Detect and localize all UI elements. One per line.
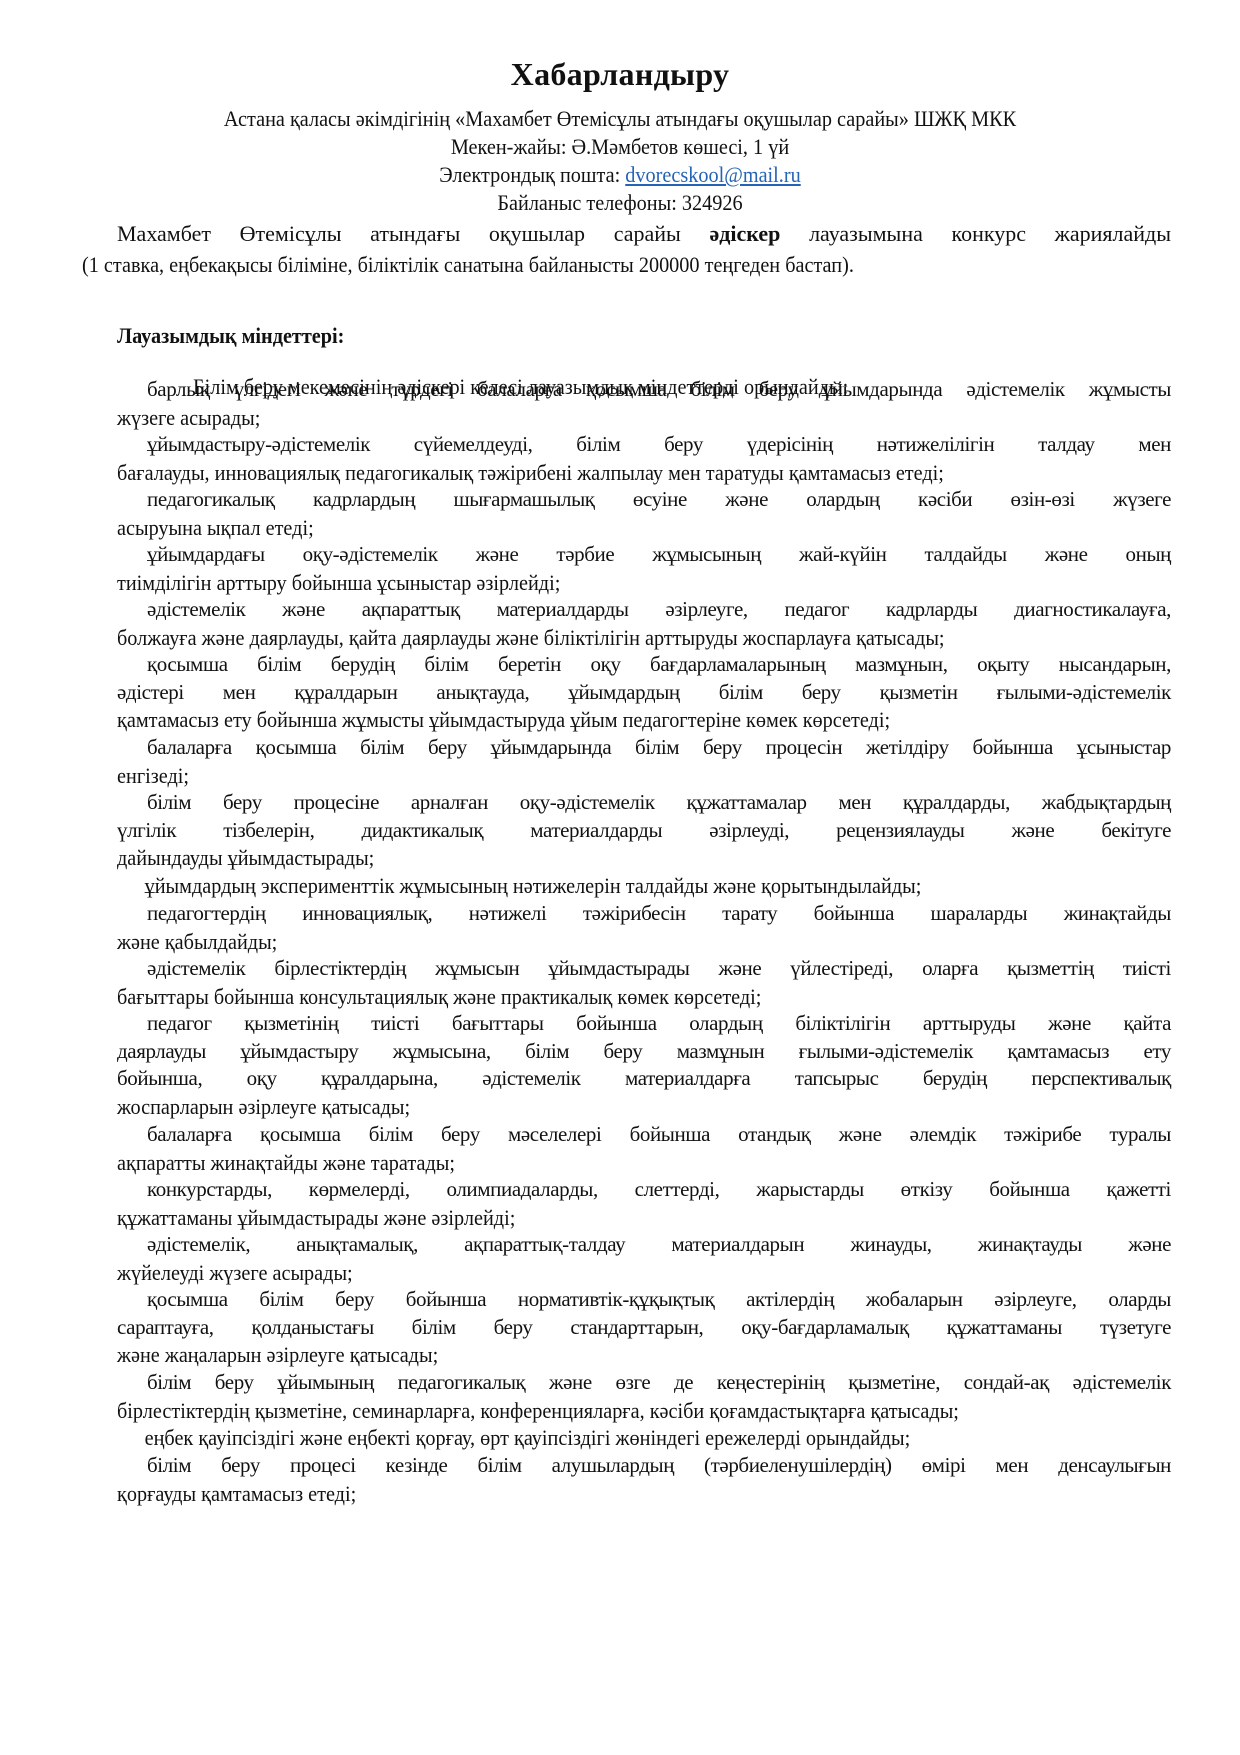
duty-line: енгізеді; bbox=[117, 762, 1087, 790]
duty-line: білім беру процесі кезінде білім алушыла… bbox=[117, 1452, 1171, 1480]
duty-line: үлгілік тізбелерін, дидактикалық материа… bbox=[117, 817, 1171, 845]
position-title: әдіскер bbox=[710, 221, 781, 246]
address-line: Мекен-жайы: Ә.Мәмбетов көшесі, 1 үй bbox=[50, 134, 1191, 160]
duty-line: конкурстарды, көрмелерді, олимпиадаларды… bbox=[117, 1176, 1171, 1204]
duty-line: балаларға қосымша білім беру мәселелері … bbox=[117, 1121, 1171, 1149]
duty-item: қосымша білім беру бойынша нормативтік-қ… bbox=[117, 1286, 1171, 1369]
announcement-line-2: (1 ставка, еңбекақысы біліміне, біліктіл… bbox=[82, 249, 1094, 280]
duty-item: еңбек қауіпсіздігі және еңбекті қорғау, … bbox=[117, 1424, 1171, 1452]
duty-item: әдістемелік және ақпараттық материалдард… bbox=[117, 596, 1171, 651]
duty-line: қорғауды қамтамасыз етеді; bbox=[117, 1480, 1087, 1508]
duty-item: қосымша білім берудің білім беретін оқу … bbox=[117, 651, 1171, 734]
duty-line: педагог қызметінің тиісті бағыттары бойы… bbox=[117, 1010, 1171, 1038]
duty-line: сараптауға, қолданыстағы білім беру стан… bbox=[117, 1314, 1171, 1342]
duty-item: педагогикалық кадрлардың шығармашылық өс… bbox=[117, 486, 1171, 541]
duty-line: және жаңаларын әзірлеуге қатысады; bbox=[117, 1341, 1087, 1369]
duty-item: ұйымдардың эксперименттік жұмысының нәти… bbox=[117, 872, 1171, 900]
duty-line: білім беру процесіне арналған оқу-әдісте… bbox=[117, 789, 1171, 817]
duty-line: құжаттаманы ұйымдастырады және әзірлейді… bbox=[117, 1204, 1087, 1232]
duty-item: білім беру процесі кезінде білім алушыла… bbox=[117, 1452, 1171, 1507]
duty-line: педагогикалық кадрлардың шығармашылық өс… bbox=[117, 486, 1171, 514]
duty-line: қосымша білім берудің білім беретін оқу … bbox=[117, 651, 1171, 679]
announcement-line-1: Махамбет Өтемісұлы атындағы оқушылар сар… bbox=[117, 218, 1171, 249]
duty-item: ұйымдардағы оқу-әдістемелік және тәрбие … bbox=[117, 541, 1171, 596]
duty-line: асыруына ықпал етеді; bbox=[117, 514, 1087, 542]
duty-line: дайындауды ұйымдастырады; bbox=[117, 844, 1087, 872]
duty-line: еңбек қауіпсіздігі және еңбекті қорғау, … bbox=[117, 1424, 1087, 1452]
email-link[interactable]: dvorecskool@mail.ru bbox=[625, 162, 800, 187]
duty-line: бағалауды, инновациялық педагогикалық тә… bbox=[117, 459, 1087, 487]
duty-line: әдістемелік, анықтамалық, ақпараттық-тал… bbox=[117, 1231, 1171, 1259]
duty-line: бағыттары бойынша консультациялық және п… bbox=[117, 983, 1087, 1011]
email-label: Электрондық пошта: bbox=[439, 162, 625, 187]
duty-item: балаларға қосымша білім беру мәселелері … bbox=[117, 1121, 1171, 1176]
duty-item: білім беру ұйымының педагогикалық және ө… bbox=[117, 1369, 1171, 1424]
duty-item: педагогтердің инновациялық, нәтижелі тәж… bbox=[117, 900, 1171, 955]
duty-line: барлық үлгідегі және түрдегі балаларға қ… bbox=[117, 376, 1171, 404]
duty-line: педагогтердің инновациялық, нәтижелі тәж… bbox=[117, 900, 1171, 928]
duty-item: барлық үлгідегі және түрдегі балаларға қ… bbox=[117, 376, 1171, 431]
phone-line: Байланыс телефоны: 324926 bbox=[50, 190, 1191, 216]
duty-item: әдістемелік бірлестіктердің жұмысын ұйым… bbox=[117, 955, 1171, 1010]
document-title: Хабарландыру bbox=[0, 56, 1240, 93]
duty-line: жүзеге асырады; bbox=[117, 404, 1087, 432]
duty-line: болжауға және даярлауды, қайта даярлауды… bbox=[117, 624, 1087, 652]
duty-line: ұйымдардағы оқу-әдістемелік және тәрбие … bbox=[117, 541, 1171, 569]
announcement-paragraph: Махамбет Өтемісұлы атындағы оқушылар сар… bbox=[117, 218, 1171, 249]
duty-item: ұйымдастыру-әдістемелік сүйемелдеуді, бі… bbox=[117, 431, 1171, 486]
duty-item: конкурстарды, көрмелерді, олимпиадаларды… bbox=[117, 1176, 1171, 1231]
duty-line: әдістемелік бірлестіктердің жұмысын ұйым… bbox=[117, 955, 1171, 983]
duty-line: тиімділігін арттыру бойынша ұсыныстар әз… bbox=[117, 569, 1087, 597]
duty-item: әдістемелік, анықтамалық, ақпараттық-тал… bbox=[117, 1231, 1171, 1286]
duty-line: білім беру ұйымының педагогикалық және ө… bbox=[117, 1369, 1171, 1397]
duty-line: ұйымдастыру-әдістемелік сүйемелдеуді, бі… bbox=[117, 431, 1171, 459]
duty-line: әдістері мен құралдарын анықтауда, ұйымд… bbox=[117, 679, 1171, 707]
duties-heading: Лауазымдық міндеттері: bbox=[117, 323, 344, 349]
announcement-line-2-wrap: (1 ставка, еңбекақысы біліміне, біліктіл… bbox=[82, 249, 1182, 280]
duty-line: қамтамасыз ету бойынша жұмысты ұйымдасты… bbox=[117, 706, 1087, 734]
duty-line: балаларға қосымша білім беру ұйымдарында… bbox=[117, 734, 1171, 762]
duty-line: даярлауды ұйымдастыру жұмысына, білім бе… bbox=[117, 1038, 1171, 1066]
email-line: Электрондық пошта: dvorecskool@mail.ru bbox=[50, 162, 1191, 188]
duty-item: білім беру процесіне арналған оқу-әдісте… bbox=[117, 789, 1171, 872]
duty-item: педагог қызметінің тиісті бағыттары бойы… bbox=[117, 1010, 1171, 1121]
duty-line: жоспарларын әзірлеуге қатысады; bbox=[117, 1093, 1087, 1121]
duty-line: ұйымдардың эксперименттік жұмысының нәти… bbox=[117, 872, 1087, 900]
duty-line: қосымша білім беру бойынша нормативтік-қ… bbox=[117, 1286, 1171, 1314]
duty-line: бойынша, оқу құралдарына, әдістемелік ма… bbox=[117, 1065, 1171, 1093]
organization-line: Астана қаласы әкімдігінің «Махамбет Өтем… bbox=[50, 106, 1191, 132]
duty-line: ақпаратты жинақтайды және таратады; bbox=[117, 1149, 1087, 1177]
duty-item: балаларға қосымша білім беру ұйымдарында… bbox=[117, 734, 1171, 789]
duty-line: жүйелеуді жүзеге асырады; bbox=[117, 1259, 1087, 1287]
duty-line: әдістемелік және ақпараттық материалдард… bbox=[117, 596, 1171, 624]
document-page: Хабарландыру Астана қаласы әкімдігінің «… bbox=[0, 0, 1240, 1755]
duty-line: бірлестіктердің қызметіне, семинарларға,… bbox=[117, 1397, 1087, 1425]
duty-line: және қабылдайды; bbox=[117, 928, 1087, 956]
